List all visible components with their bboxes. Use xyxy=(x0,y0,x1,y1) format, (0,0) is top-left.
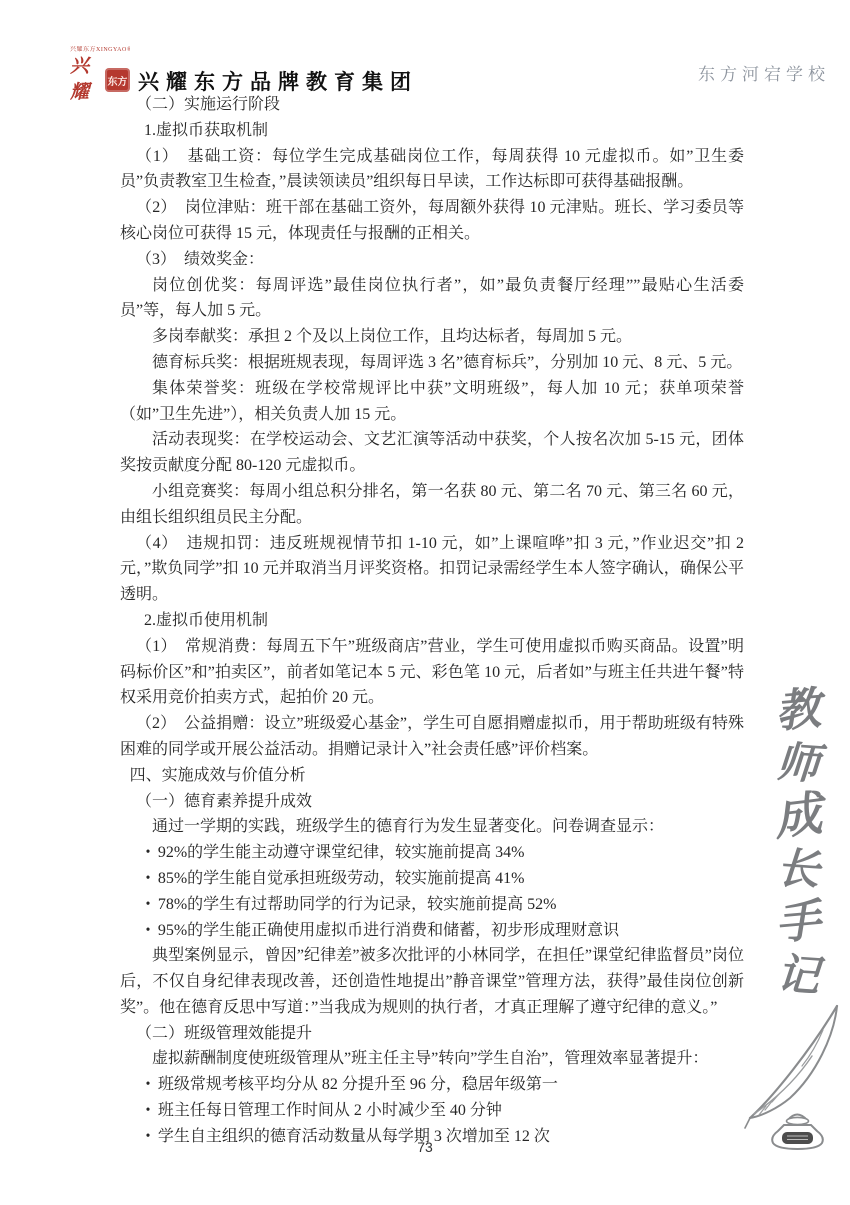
bullet-item: 85%的学生能自觉承担班级劳动，较实施前提高 41% xyxy=(120,866,744,892)
calligraphy-char: 手 xyxy=(774,898,823,949)
paragraph: 集体荣誉奖：班级在学校常规评比中获”文明班级”，每人加 10 元；获单项荣誉（如… xyxy=(120,376,744,428)
paragraph: 德育标兵奖：根据班规表现，每周评选 3 名”德育标兵”，分别加 10 元、8 元… xyxy=(120,350,744,376)
paragraph: （1） 常规消费：每周五下午”班级商店”营业，学生可使用虚拟币购买商品。设置”明… xyxy=(120,634,744,711)
calligraphy-char: 记 xyxy=(775,952,821,999)
paragraph: （2） 岗位津贴：班干部在基础工资外，每周额外获得 10 元津贴。班长、学习委员… xyxy=(120,195,744,247)
paragraph: （1） 基础工资：每位学生完成基础岗位工作，每周获得 10 元虚拟币。如”卫生委… xyxy=(120,144,744,196)
calligraphy-char: 教 xyxy=(774,686,823,737)
paragraph: （4） 违规扣罚：违反班规视情节扣 1-10 元，如”上课喧哗”扣 3 元，”作… xyxy=(120,531,744,608)
page-footer: 73 xyxy=(0,1139,850,1157)
bullet-item: 92%的学生能主动遵守课堂纪律，较实施前提高 34% xyxy=(120,840,744,866)
paragraph: 活动表现奖：在学校运动会、文艺汇演等活动中获奖，个人按名次加 5-15 元，团体… xyxy=(120,427,744,479)
logo-seal: 东方 xyxy=(105,68,130,92)
bullet-item: 78%的学生有过帮助同学的行为记录，较实施前提高 52% xyxy=(120,892,744,918)
paragraph: 典型案例显示，曾因”纪律差”被多次批评的小林同学，在担任”课堂纪律监督员”岗位后… xyxy=(120,943,744,1020)
calligraphy-motto: 教师成长手记 xyxy=(766,688,830,999)
calligraphy-char: 长 xyxy=(775,846,821,893)
quill-ink-illustration xyxy=(740,998,850,1158)
paragraph: （2） 公益捐赠：设立”班级爱心基金”，学生可自愿捐赠虚拟币，用于帮助班级有特殊… xyxy=(120,711,744,763)
section-heading: 四、实施成效与价值分析 xyxy=(120,763,744,789)
section-heading: （二）班级管理效能提升 xyxy=(120,1021,744,1047)
paragraph: 1.虚拟币获取机制 xyxy=(120,118,744,144)
school-name: 东方河宕学校 xyxy=(698,60,830,85)
paragraph: 小组竞赛奖：每周小组总积分排名，第一名获 80 元、第二名 70 元、第三名 6… xyxy=(120,479,744,531)
bullet-item: 班主任每日管理工作时间从 2 小时减少至 40 分钟 xyxy=(120,1098,744,1124)
paragraph: （3） 绩效奖金： xyxy=(120,247,744,273)
logo-trademark-text: 兴耀东方XINGYAO® xyxy=(70,46,130,54)
calligraphy-char: 成 xyxy=(771,789,824,844)
section-heading: （二）实施运行阶段 xyxy=(120,92,744,118)
bullet-item: 95%的学生能正确使用虚拟币进行消费和储蓄，初步形成理财意识 xyxy=(120,918,744,944)
document-body: （二）实施运行阶段1.虚拟币获取机制（1） 基础工资：每位学生完成基础岗位工作，… xyxy=(120,92,744,1150)
paragraph: 2.虚拟币使用机制 xyxy=(120,608,744,634)
paragraph: 通过一学期的实践，班级学生的德育行为发生显著变化。问卷调查显示： xyxy=(120,814,744,840)
paragraph: 多岗奉献奖：承担 2 个及以上岗位工作，且均达标者，每周加 5 元。 xyxy=(120,324,744,350)
paragraph: 虚拟薪酬制度使班级管理从”班主任主导”转向”学生自治”，管理效率显著提升： xyxy=(120,1046,744,1072)
bullet-item: 班级常规考核平均分从 82 分提升至 96 分，稳居年级第一 xyxy=(120,1072,744,1098)
calligraphy-char: 师 xyxy=(775,740,821,787)
paragraph: 岗位创优奖：每周评选”最佳岗位执行者”，如”最负责餐厅经理””最贴心生活委员”等… xyxy=(120,273,744,325)
quill-ink-svg xyxy=(740,998,850,1158)
brand-name: 兴耀东方品牌教育集团 xyxy=(138,56,418,96)
logo-script-text: 兴耀 xyxy=(70,54,103,106)
section-heading: （一）德育素养提升成效 xyxy=(120,789,744,815)
document-page: 兴耀东方XINGYAO® 兴耀 东方 兴耀东方品牌教育集团 东方河宕学校 （二）… xyxy=(0,0,850,1205)
page-number: 73 xyxy=(417,1139,433,1155)
page-header: 兴耀东方XINGYAO® 兴耀 东方 兴耀东方品牌教育集团 东方河宕学校 xyxy=(70,46,830,94)
